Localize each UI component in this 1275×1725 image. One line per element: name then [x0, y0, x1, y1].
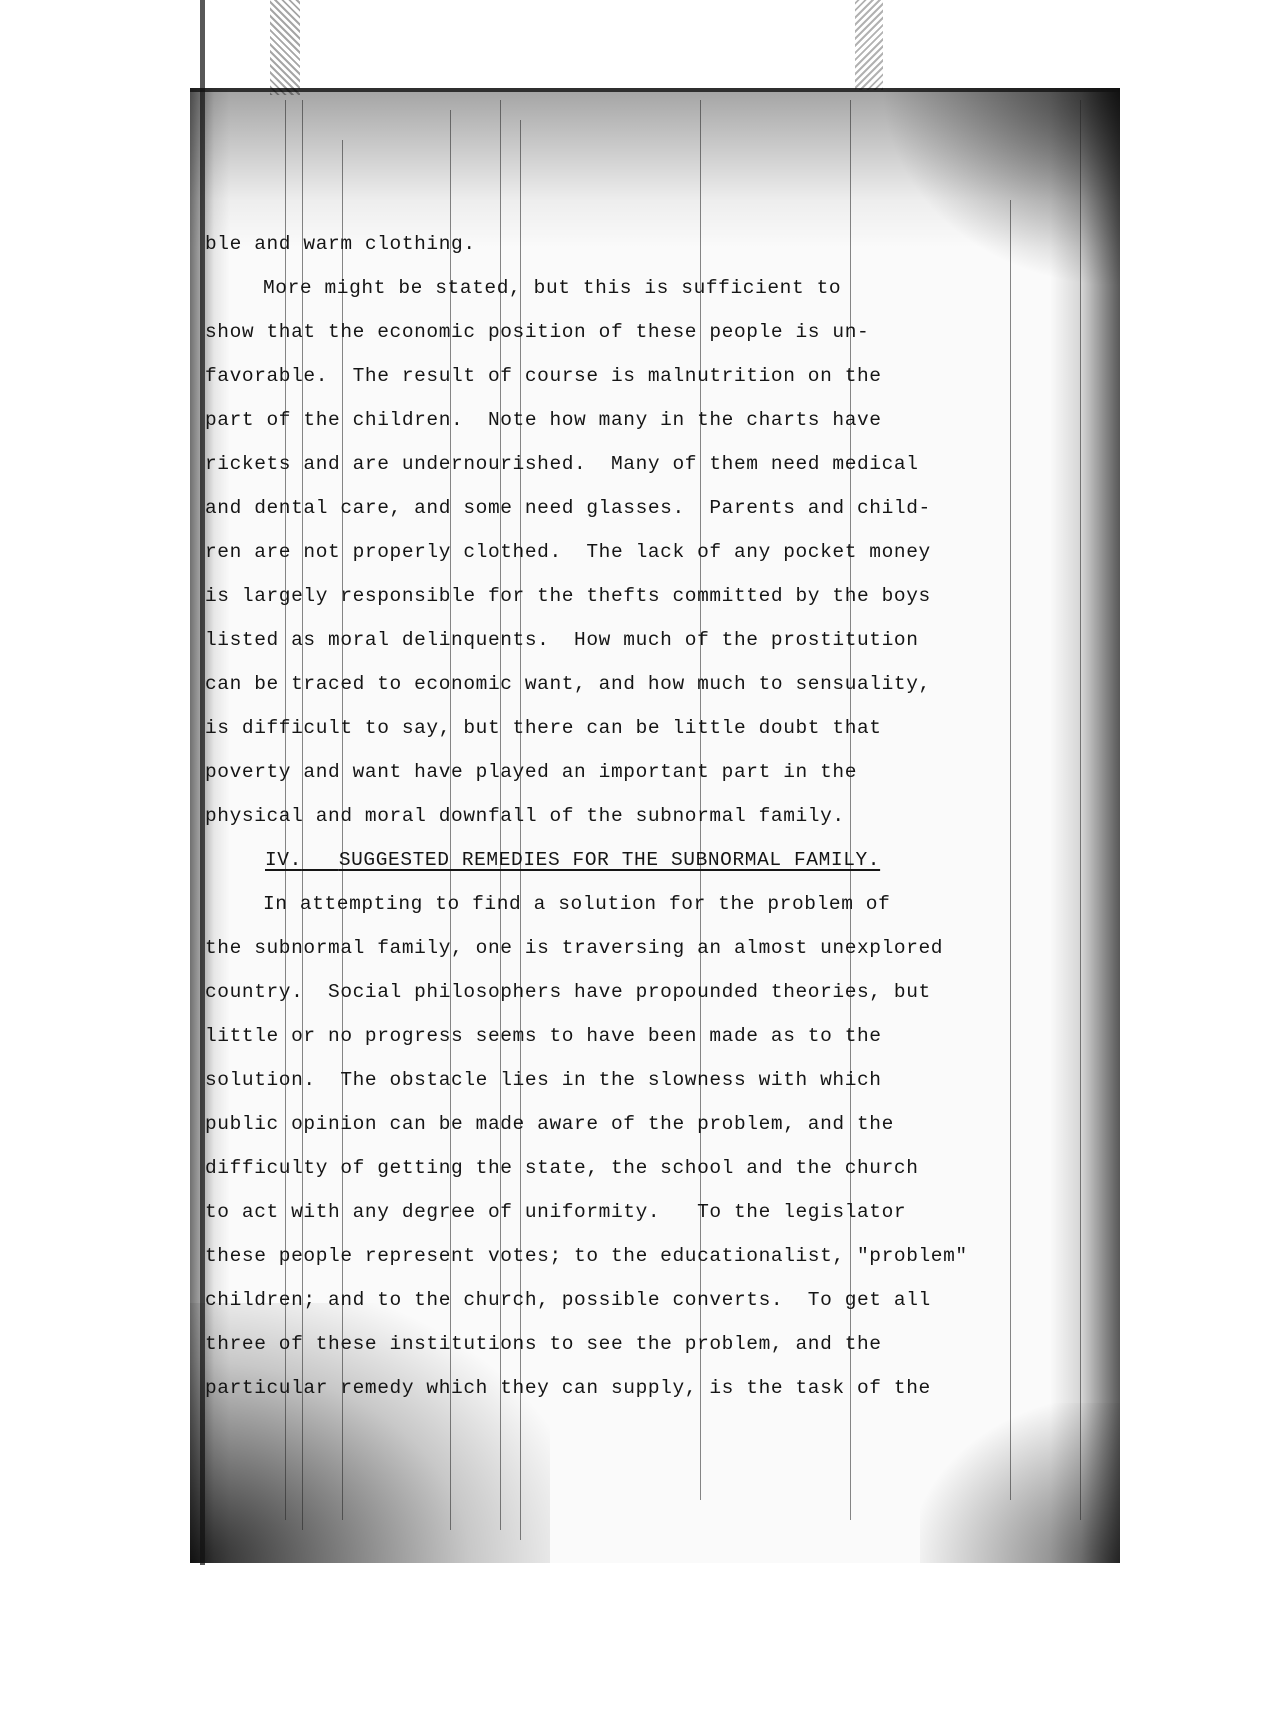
section-heading: IV. SUGGESTED REMEDIES FOR THE SUBNORMAL…	[205, 838, 1025, 882]
text-line: three of these institutions to see the p…	[205, 1322, 1025, 1366]
text-line: is difficult to say, but there can be li…	[205, 706, 1025, 750]
scan-scratch-line	[1080, 100, 1081, 1520]
scan-shadow-right	[1050, 88, 1120, 1563]
section-title: SUGGESTED REMEDIES FOR THE SUBNORMAL FAM…	[339, 849, 880, 871]
text-line: physical and moral downfall of the subno…	[205, 794, 1025, 838]
text-line: particular remedy which they can supply,…	[205, 1366, 1025, 1410]
text-line: public opinion can be made aware of the …	[205, 1102, 1025, 1146]
text-line: show that the economic position of these…	[205, 310, 1025, 354]
text-line: rickets and are undernourished. Many of …	[205, 442, 1025, 486]
text-line: ren are not properly clothed. The lack o…	[205, 530, 1025, 574]
text-line: these people represent votes; to the edu…	[205, 1234, 1025, 1278]
text-line: favorable. The result of course is malnu…	[205, 354, 1025, 398]
text-line: part of the children. Note how many in t…	[205, 398, 1025, 442]
copier-smudge	[855, 0, 883, 90]
scan-shadow-bottom-right	[920, 1403, 1120, 1563]
text-line: and dental care, and some need glasses. …	[205, 486, 1025, 530]
document-body: ble and warm clothing. More might be sta…	[205, 222, 1025, 1410]
text-line: In attempting to find a solution for the…	[205, 882, 1025, 926]
text-line: More might be stated, but this is suffic…	[205, 266, 1025, 310]
text-line: children; and to the church, possible co…	[205, 1278, 1025, 1322]
text-line: poverty and want have played an importan…	[205, 750, 1025, 794]
text-line: country. Social philosophers have propou…	[205, 970, 1025, 1014]
text-line: to act with any degree of uniformity. To…	[205, 1190, 1025, 1234]
text-line: ble and warm clothing.	[205, 222, 1025, 266]
section-number: IV.	[265, 849, 302, 871]
copier-smudge	[270, 0, 300, 95]
text-line: the subnormal family, one is traversing …	[205, 926, 1025, 970]
text-line: is largely responsible for the thefts co…	[205, 574, 1025, 618]
text-line: listed as moral delinquents. How much of…	[205, 618, 1025, 662]
text-line: little or no progress seems to have been…	[205, 1014, 1025, 1058]
text-line: can be traced to economic want, and how …	[205, 662, 1025, 706]
text-line: solution. The obstacle lies in the slown…	[205, 1058, 1025, 1102]
page-top-edge	[190, 88, 1120, 92]
text-line: difficulty of getting the state, the sch…	[205, 1146, 1025, 1190]
